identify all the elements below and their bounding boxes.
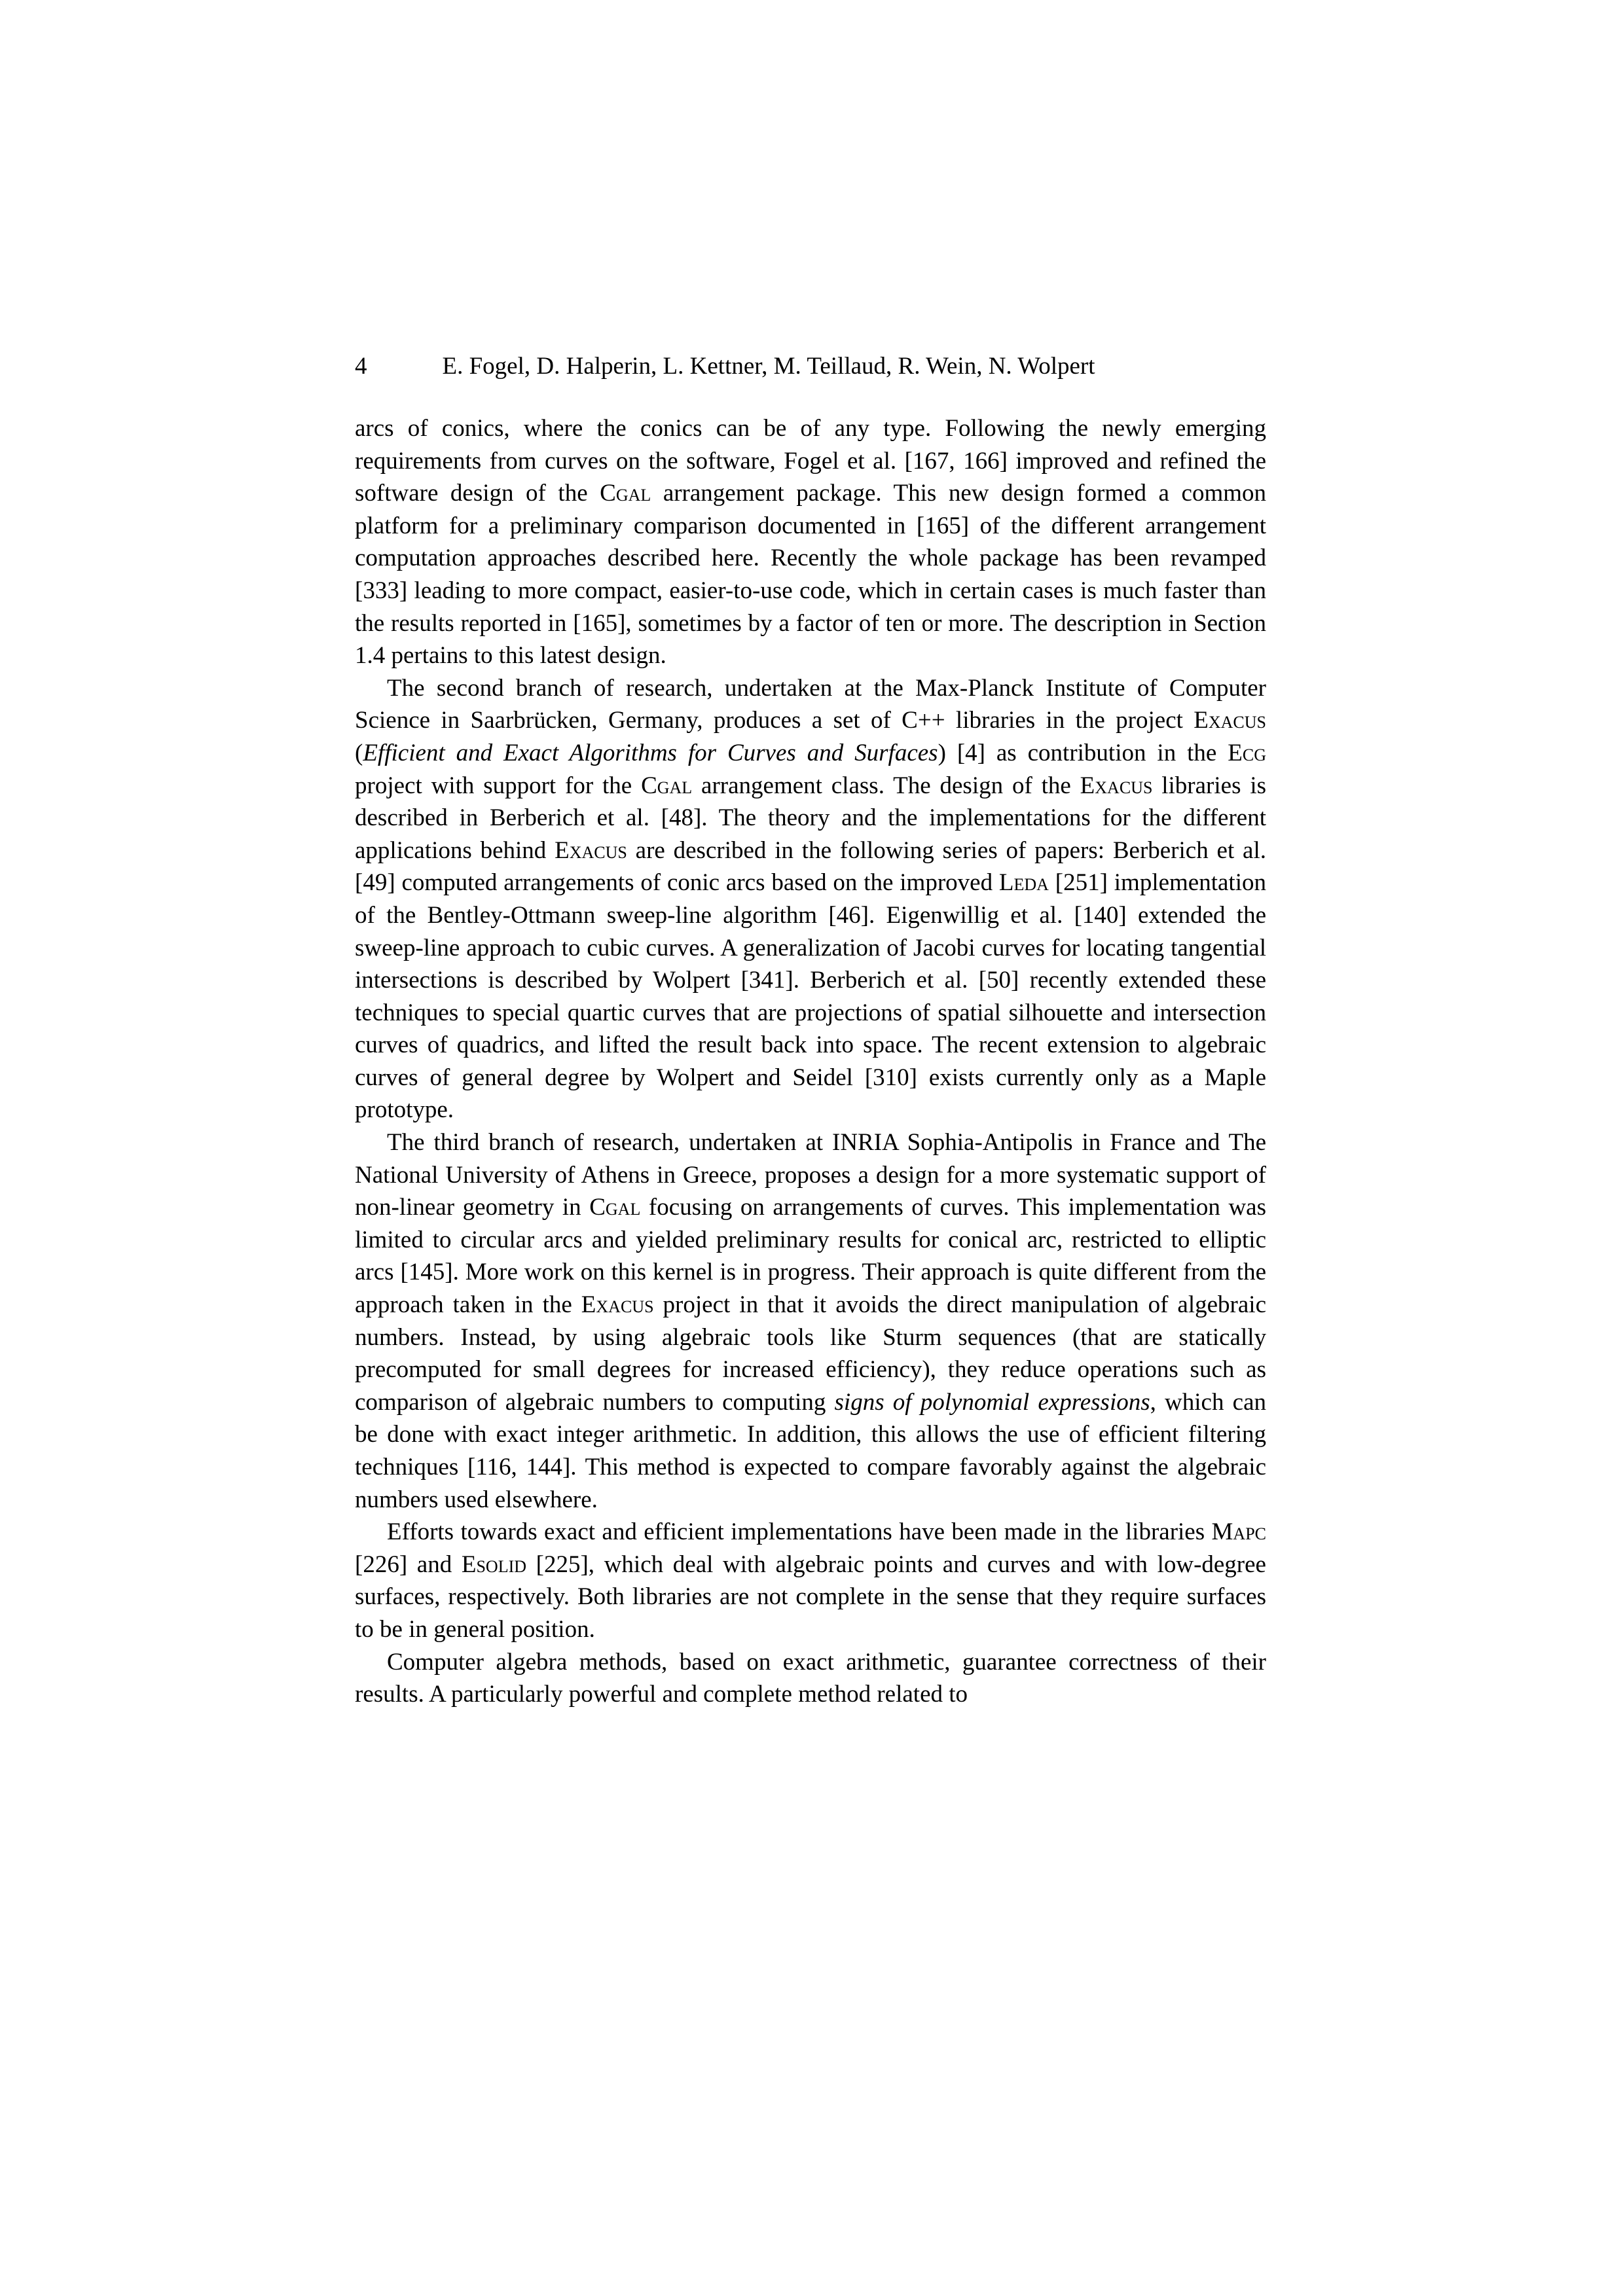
- page-number: 4: [355, 350, 367, 383]
- text-segment: [226] and: [355, 1551, 462, 1578]
- paragraph: Computer algebra methods, based on exact…: [355, 1646, 1266, 1711]
- smallcaps-term: Cgal: [641, 772, 692, 799]
- text-segment: project with support for the: [355, 772, 641, 799]
- running-authors: E. Fogel, D. Halperin, L. Kettner, M. Te…: [443, 350, 1095, 383]
- smallcaps-term: Exacus: [581, 1291, 654, 1318]
- text-segment: Computer algebra methods, based on exact…: [355, 1649, 1266, 1708]
- paragraph: The third branch of research, undertaken…: [355, 1126, 1266, 1516]
- smallcaps-term: Ecg: [1228, 740, 1266, 766]
- smallcaps-term: Exacus: [1080, 772, 1153, 799]
- running-header: 4 E. Fogel, D. Halperin, L. Kettner, M. …: [355, 350, 1266, 383]
- paragraph: Efforts towards exact and efficient impl…: [355, 1516, 1266, 1645]
- smallcaps-term: Cgal: [600, 480, 651, 507]
- text-segment: Efforts towards exact and efficient impl…: [387, 1518, 1212, 1545]
- paragraph: The second branch of research, undertake…: [355, 672, 1266, 1126]
- paper-page: 4 E. Fogel, D. Halperin, L. Kettner, M. …: [0, 0, 1623, 2296]
- text-segment: arrangement class. The design of the: [692, 772, 1080, 799]
- text-segment: The second branch of research, undertake…: [355, 675, 1266, 734]
- text-segment: (: [355, 740, 363, 766]
- italic-phrase: signs of polynomial expressions: [835, 1389, 1150, 1416]
- smallcaps-term: Mapc: [1212, 1518, 1266, 1545]
- paragraph: arcs of conics, where the conics can be …: [355, 412, 1266, 672]
- smallcaps-term: Exacus: [1194, 707, 1266, 734]
- smallcaps-term: Esolid: [462, 1551, 526, 1578]
- smallcaps-term: Exacus: [555, 837, 627, 864]
- text-segment: [251] implementation of the Bentley-Ottm…: [355, 869, 1266, 1123]
- text-segment: arrangement package. This new design for…: [355, 480, 1266, 669]
- smallcaps-term: Leda: [999, 869, 1049, 896]
- italic-phrase: Efficient and Exact Algorithms for Curve…: [363, 740, 938, 766]
- body-text: arcs of conics, where the conics can be …: [355, 412, 1266, 1711]
- smallcaps-term: Cgal: [589, 1194, 640, 1221]
- text-column: 4 E. Fogel, D. Halperin, L. Kettner, M. …: [355, 350, 1266, 1711]
- text-segment: ) [4] as contribution in the: [938, 740, 1228, 766]
